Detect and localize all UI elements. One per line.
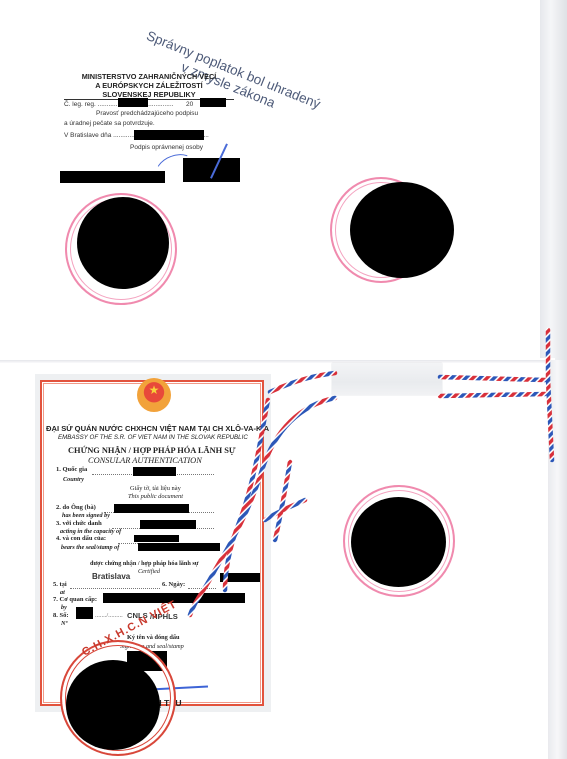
redaction — [133, 467, 176, 476]
redaction — [220, 573, 260, 582]
page-edge — [548, 360, 567, 759]
sign-label-vn: Ký tên và đóng dấu — [127, 634, 180, 641]
field-number-en: Nº — [61, 620, 67, 627]
redaction — [60, 171, 165, 183]
redaction — [134, 130, 204, 140]
redaction — [118, 98, 148, 107]
number-separator: ......./......... — [95, 612, 123, 619]
redaction — [114, 504, 189, 513]
place-value: Bratislava — [92, 572, 130, 581]
field-seal-en: bears the seal/stamp of — [61, 544, 119, 551]
embassy-name-en: EMBASSY OF THE S.R. OF VIET NAM IN THE S… — [58, 434, 248, 441]
field-place-line — [70, 588, 160, 589]
redaction — [138, 543, 220, 551]
field-capacity-en: acting in the capacity of — [60, 528, 121, 535]
redaction — [77, 197, 169, 289]
public-doc-vn: Giấy tờ, tài liệu này — [130, 485, 181, 492]
redaction — [76, 607, 93, 619]
redaction — [66, 660, 160, 750]
field-capacity-label: 3. với chức danh — [56, 520, 102, 527]
field-issuer-label: 7. Cơ quan cấp: — [53, 596, 97, 603]
redaction — [350, 182, 454, 278]
field-date-line — [188, 588, 216, 589]
public-doc-en: This public document — [128, 493, 183, 500]
adhesive-tape — [332, 363, 442, 395]
confirm-line1: Pravosť predchádzajúceho podpisu — [96, 110, 198, 117]
field-signed-label: 2. do Ông (bà) — [56, 504, 96, 511]
redaction — [351, 497, 446, 587]
certified-en: Certified — [138, 568, 160, 575]
field-country-label: 1. Quốc gia — [56, 466, 87, 473]
redaction — [140, 520, 196, 529]
redaction — [134, 535, 179, 542]
field-number-label: 8. Số: — [53, 612, 69, 619]
field-seal-label: 4. và con dấu của: — [56, 535, 106, 542]
cert-title-en: CONSULAR AUTHENTICATION — [88, 456, 202, 465]
vietnam-emblem-icon: ★ — [137, 378, 171, 412]
ministry-line2: A EURÓPSKYCH ZÁLEŽITOSTÍ — [64, 81, 234, 90]
cert-title-vn: CHỨNG NHẬN / HỢP PHÁP HÓA LÃNH SỰ — [68, 446, 236, 455]
field-date-label: 6. Ngày: — [162, 581, 185, 588]
field-place-en: at — [60, 589, 65, 596]
page-fold — [0, 360, 545, 363]
reg-year: 20 — [186, 101, 193, 108]
field-country-en: Country — [63, 476, 84, 483]
ministry-header: MINISTERSTVO ZAHRANIČNÝCH VECÍ A EURÓPSK… — [64, 72, 234, 100]
confirm-line2: a úradnej pečate sa potvrdzuje. — [64, 120, 155, 127]
signature-caption: Podpis oprávnenej osoby — [130, 144, 203, 151]
page-edge — [540, 0, 567, 370]
field-issuer-en: by — [61, 604, 67, 611]
redaction — [200, 98, 226, 107]
field-signed-en: has been signed by — [62, 512, 110, 519]
ministry-line1: MINISTERSTVO ZAHRANIČNÝCH VECÍ — [64, 72, 234, 81]
certified-vn: được chứng nhận / hợp pháp hóa lãnh sự — [90, 560, 198, 567]
embassy-name-vn: ĐẠI SỨ QUÁN NƯỚC CHXHCN VIỆT NAM TẠI CH … — [46, 424, 269, 433]
field-place-label: 5. tại — [53, 581, 67, 588]
